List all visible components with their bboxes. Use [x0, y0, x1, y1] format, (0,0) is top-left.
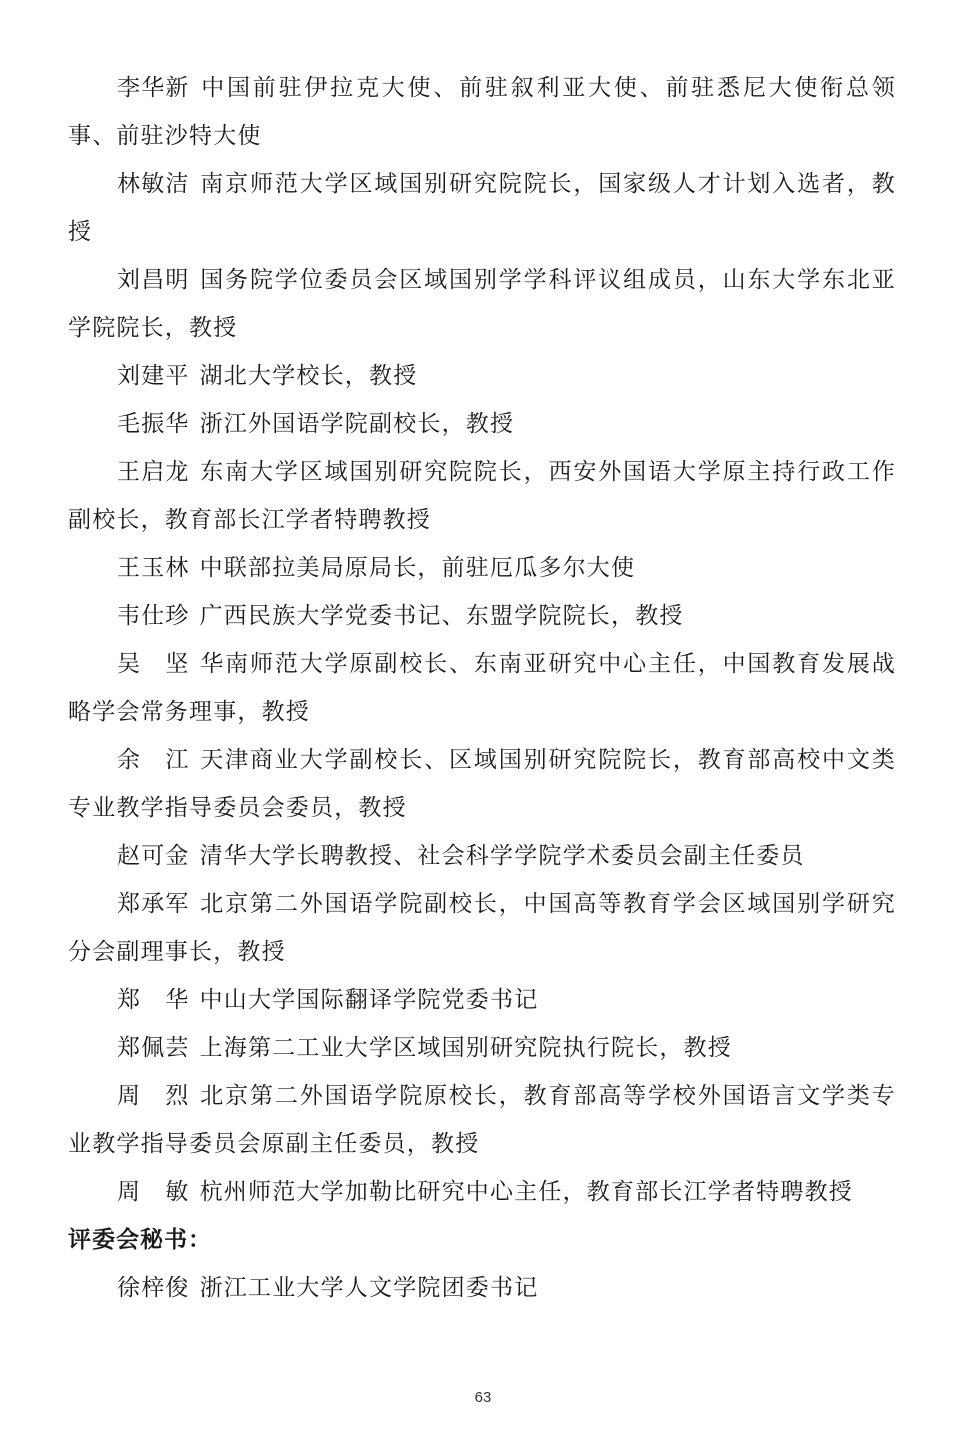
member-name: 韦仕珍: [117, 592, 190, 640]
member-entry: 吴 坚华南师范大学原副校长、东南亚研究中心主任，中国教育发展战略学会常务理事，教…: [68, 640, 896, 736]
member-description: 天津商业大学副校长、区域国别研究院院长，教育部高校中文类专业教学指导委员会委员，…: [68, 747, 896, 821]
member-name: 吴 坚: [117, 640, 190, 688]
member-entry: 余 江天津商业大学副校长、区域国别研究院院长，教育部高校中文类专业教学指导委员会…: [68, 736, 896, 832]
member-name: 周 敏: [117, 1168, 190, 1216]
member-name: 郑佩芸: [117, 1024, 190, 1072]
member-name: 余 江: [117, 736, 190, 784]
member-entry: 林敏洁南京师范大学区域国别研究院院长，国家级人才计划入选者，教授: [68, 160, 896, 256]
member-name: 郑承军: [117, 880, 190, 928]
page-number: 63: [0, 1389, 966, 1406]
member-name: 李华新: [117, 64, 190, 112]
member-entry: 郑 华中山大学国际翻译学院党委书记: [68, 976, 896, 1024]
member-entry: 王启龙东南大学区域国别研究院院长，西安外国语大学原主持行政工作副校长，教育部长江…: [68, 448, 896, 544]
member-entry: 韦仕珍广西民族大学党委书记、东盟学院院长，教授: [68, 592, 896, 640]
member-name: 刘建平: [117, 352, 190, 400]
member-description: 国务院学位委员会区域国别学学科评议组成员，山东大学东北亚学院院长，教授: [68, 267, 896, 341]
member-entry: 周 敏杭州师范大学加勒比研究中心主任，教育部长江学者特聘教授: [68, 1168, 896, 1216]
member-name: 林敏洁: [117, 160, 190, 208]
member-description: 南京师范大学区域国别研究院院长，国家级人才计划入选者，教授: [68, 171, 896, 245]
member-description: 广西民族大学党委书记、东盟学院院长，教授: [200, 603, 684, 629]
member-description: 杭州师范大学加勒比研究中心主任，教育部长江学者特聘教授: [200, 1179, 853, 1205]
member-description: 华南师范大学原副校长、东南亚研究中心主任，中国教育发展战略学会常务理事，教授: [68, 651, 896, 725]
member-description: 上海第二工业大学区域国别研究院执行院长，教授: [200, 1035, 732, 1061]
member-entry: 刘昌明国务院学位委员会区域国别学学科评议组成员，山东大学东北亚学院院长，教授: [68, 256, 896, 352]
member-name: 王玉林: [117, 544, 190, 592]
member-description: 中联部拉美局原局长，前驻厄瓜多尔大使: [200, 555, 636, 581]
member-description: 湖北大学校长，教授: [200, 363, 418, 389]
secretary-section-heading: 评委会秘书：: [68, 1216, 896, 1264]
member-description: 北京第二外国语学院副校长，中国高等教育学会区域国别学研究分会副理事长，教授: [68, 891, 896, 965]
member-description: 清华大学长聘教授、社会科学学院学术委员会副主任委员: [200, 843, 805, 869]
member-description: 东南大学区域国别研究院院长，西安外国语大学原主持行政工作副校长，教育部长江学者特…: [68, 459, 896, 533]
member-entry: 赵可金清华大学长聘教授、社会科学学院学术委员会副主任委员: [68, 832, 896, 880]
member-name: 周 烈: [117, 1072, 190, 1120]
member-description: 北京第二外国语学院原校长，教育部高等学校外国语言文学类专业教学指导委员会原副主任…: [68, 1083, 896, 1157]
member-entry: 毛振华浙江外国语学院副校长，教授: [68, 400, 896, 448]
secretary-name: 徐梓俊: [117, 1264, 190, 1312]
member-entry: 郑佩芸上海第二工业大学区域国别研究院执行院长，教授: [68, 1024, 896, 1072]
document-page: 李华新中国前驻伊拉克大使、前驻叙利亚大使、前驻悉尼大使衔总领事、前驻沙特大使 林…: [68, 64, 896, 1312]
secretary-description: 浙江工业大学人文学院团委书记: [200, 1275, 539, 1301]
member-name: 毛振华: [117, 400, 190, 448]
member-entry: 王玉林中联部拉美局原局长，前驻厄瓜多尔大使: [68, 544, 896, 592]
member-name: 郑 华: [117, 976, 190, 1024]
member-entry: 刘建平湖北大学校长，教授: [68, 352, 896, 400]
member-name: 王启龙: [117, 448, 190, 496]
member-entry: 李华新中国前驻伊拉克大使、前驻叙利亚大使、前驻悉尼大使衔总领事、前驻沙特大使: [68, 64, 896, 160]
secretary-entry: 徐梓俊浙江工业大学人文学院团委书记: [68, 1264, 896, 1312]
member-entry: 郑承军北京第二外国语学院副校长，中国高等教育学会区域国别学研究分会副理事长，教授: [68, 880, 896, 976]
member-name: 刘昌明: [117, 256, 190, 304]
member-description: 浙江外国语学院副校长，教授: [200, 411, 515, 437]
member-description: 中山大学国际翻译学院党委书记: [200, 987, 539, 1013]
member-entry: 周 烈北京第二外国语学院原校长，教育部高等学校外国语言文学类专业教学指导委员会原…: [68, 1072, 896, 1168]
member-description: 中国前驻伊拉克大使、前驻叙利亚大使、前驻悉尼大使衔总领事、前驻沙特大使: [68, 75, 896, 149]
member-name: 赵可金: [117, 832, 190, 880]
